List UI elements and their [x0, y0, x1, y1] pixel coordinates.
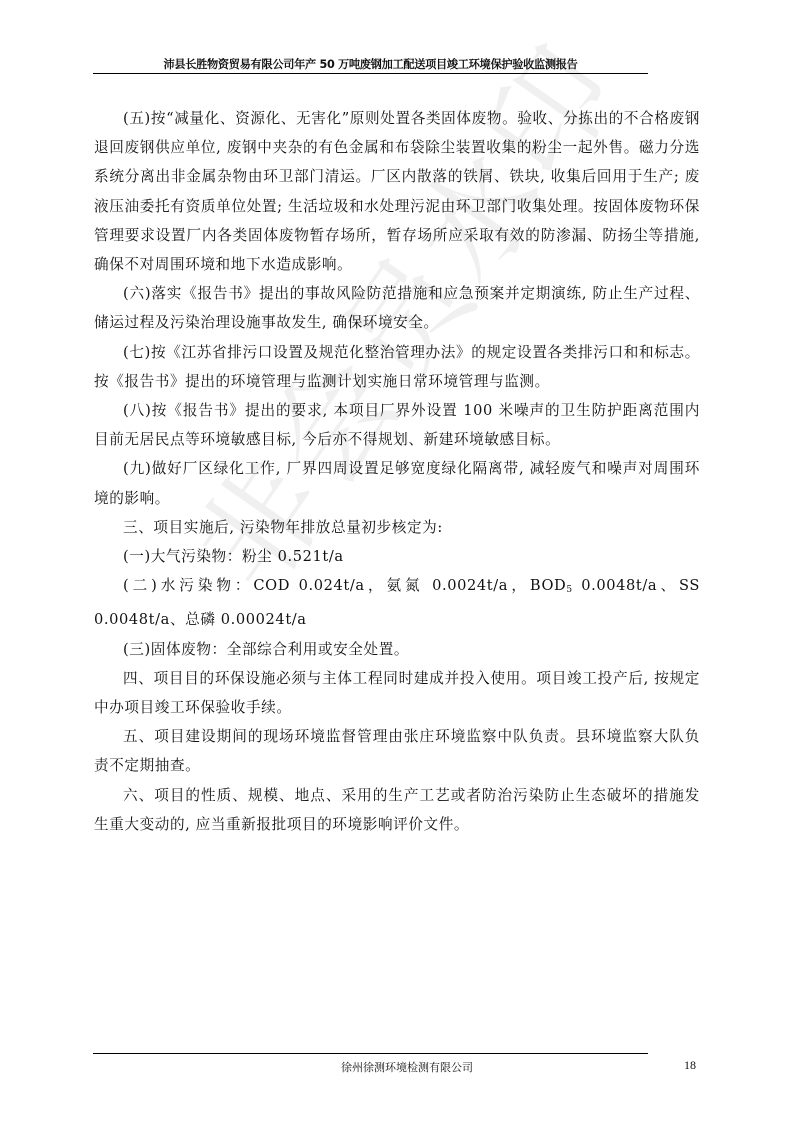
paragraph-air-pollutants: (一)大气污染物：粉尘 0.521t/a: [94, 542, 700, 571]
paragraph-emission-totals-heading: 三、项目实施后, 污染物年排放总量初步核定为:: [94, 513, 700, 542]
document-body: (五)按“减量化、资源化、无害化”原则处置各类固体废物。验收、分拣出的不合格废钢…: [94, 104, 700, 839]
paragraph-protection-distance: (八)按《报告书》提出的要求, 本项目厂界外设置 100 米噪声的卫生防护距离范…: [94, 396, 700, 454]
paragraph-five: 五、项目建设期间的现场环境监督管理由张庄环境监察中队负责。县环境监察大队负责不定…: [94, 722, 700, 780]
header-divider: [93, 73, 648, 74]
report-header-title: 沛县长胜物资贸易有限公司年产 50 万吨废钢加工配送项目竣工环境保护验收监测报告: [93, 56, 648, 72]
paragraph-solid-waste-total: (三)固体废物：全部综合利用或安全处置。: [94, 635, 700, 664]
paragraph-six: 六、项目的性质、规模、地点、采用的生产工艺或者防治污染防止生态破坏的措施发生重大…: [94, 781, 700, 839]
paragraph-risk-prevention: (六)落实《报告书》提出的事故风险防范措施和应急预案并定期演练, 防止生产过程、…: [94, 279, 700, 337]
paragraph-water-pollutants: (二)水污染物：COD 0.024t/a，氨氮 0.0024t/a，BOD5 0…: [94, 571, 700, 634]
water-pollutants-prefix: (二)水污染物：COD 0.024t/a，氨氮 0.0024t/a，BOD: [123, 577, 566, 594]
footer-divider: [93, 1053, 648, 1054]
paragraph-discharge-outlets: (七)按《江苏省排污口设置及规范化整治管理办法》的规定设置各类排污口和和标志。按…: [94, 338, 700, 396]
page-number: 18: [684, 1058, 696, 1073]
footer-company: 徐州徐测环境检测有限公司: [93, 1059, 721, 1075]
paragraph-greening: (九)做好厂区绿化工作, 厂界四周设置足够宽度绿化隔离带, 减轻废气和噪声对周围…: [94, 454, 700, 512]
paragraph-solid-waste: (五)按“减量化、资源化、无害化”原则处置各类固体废物。验收、分拣出的不合格废钢…: [94, 104, 700, 279]
paragraph-four: 四、项目目的环保设施必须与主体工程同时建成并投入使用。项目竣工投产后, 按规定中…: [94, 664, 700, 722]
